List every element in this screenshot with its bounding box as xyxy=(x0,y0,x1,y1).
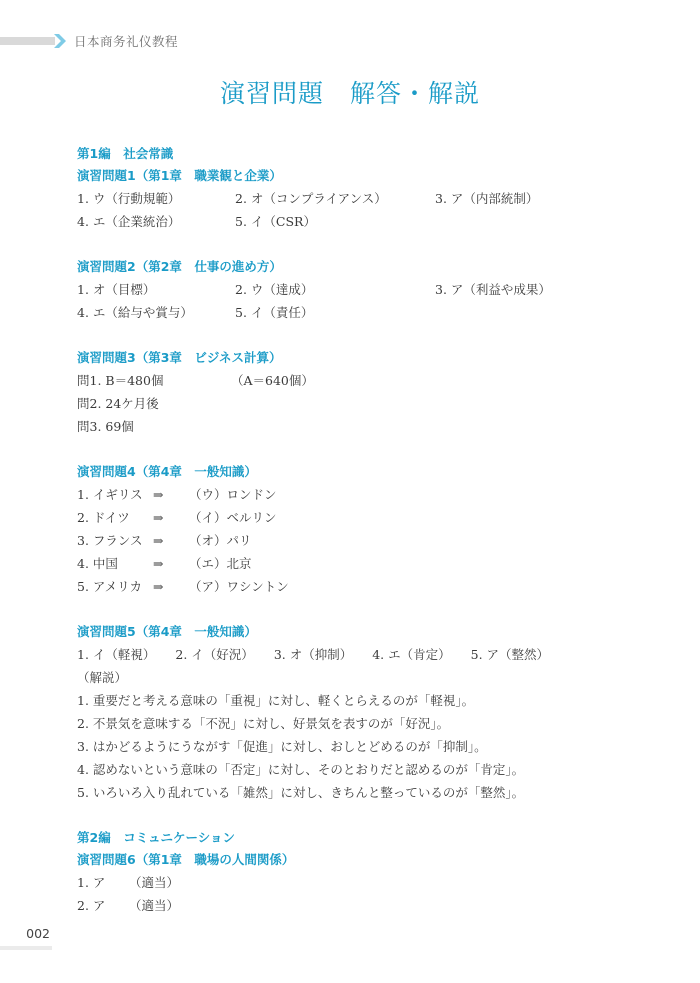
answer-row: 2. ドイツ ⇒ （イ）ベルリン xyxy=(77,506,637,529)
implies-arrow-icon: ⇒ xyxy=(153,552,189,575)
answer-main: 問3. 69個 xyxy=(77,415,231,438)
answer-row: 3. フランス ⇒ （オ）パリ xyxy=(77,529,637,552)
answer-item xyxy=(435,210,635,233)
explanation-line: 4. 認めないという意味の「否定」に対し、そのとおりだと認めるのが「肯定」。 xyxy=(77,758,637,781)
country-label: 2. ドイツ xyxy=(77,506,153,529)
footer-bar xyxy=(0,946,52,950)
answer-row: 4. エ（企業統治） 5. イ（CSR） xyxy=(77,210,637,233)
chevron-right-icon xyxy=(54,34,66,48)
spacer xyxy=(77,324,637,347)
answer-item xyxy=(435,301,635,324)
spacer xyxy=(77,804,637,827)
part-heading: 第2編 コミュニケーション xyxy=(77,827,637,849)
answer-row: 1. ウ（行動規範） 2. オ（コンプライアンス） 3. ア（内部統制） xyxy=(77,187,637,210)
answer-item: 3. ア（利益や成果） xyxy=(435,278,635,301)
exercise-heading: 演習問題4（第4章 一般知識） xyxy=(77,461,637,483)
answer-number: 2. ア xyxy=(77,894,129,917)
answer-item: 2. オ（コンプライアンス） xyxy=(235,187,435,210)
part-heading: 第1編 社会常識 xyxy=(77,143,637,165)
running-header: 日本商务礼仪教程 xyxy=(0,33,178,49)
country-label: 1. イギリス xyxy=(77,483,153,506)
answer-item: 4. エ（給与や賞与） xyxy=(77,301,235,324)
spacer xyxy=(77,598,637,621)
page-number: 002 xyxy=(0,925,52,943)
answer-item: 2. イ（好況） xyxy=(175,643,253,666)
capital-answer: （オ）パリ xyxy=(189,529,389,552)
capital-answer: （エ）北京 xyxy=(189,552,389,575)
answer-verdict: （適当） xyxy=(129,871,179,894)
answer-line: 問3. 69個 xyxy=(77,415,637,438)
answer-row: 2. ア （適当） xyxy=(77,894,637,917)
exercise-heading: 演習問題1（第1章 職業観と企業） xyxy=(77,165,637,187)
country-label: 5. アメリカ xyxy=(77,575,153,598)
country-label: 4. 中国 xyxy=(77,552,153,575)
exercise-heading: 演習問題5（第4章 一般知識） xyxy=(77,621,637,643)
book-title: 日本商务礼仪教程 xyxy=(74,32,178,50)
spacer xyxy=(77,438,637,461)
capital-answer: （イ）ベルリン xyxy=(189,506,389,529)
explanation-line: 2. 不景気を意味する「不況」に対し、好景気を表すのが「好況」。 xyxy=(77,712,637,735)
answer-row: 4. エ（給与や賞与） 5. イ（責任） xyxy=(77,301,637,324)
answer-item: 3. オ（抑制） xyxy=(274,643,352,666)
answer-item: 1. オ（目標） xyxy=(77,278,235,301)
answer-item: 4. エ（肯定） xyxy=(372,643,450,666)
answer-note: （A＝640個） xyxy=(231,369,314,392)
explanation-line: 1. 重要だと考える意味の「重視」に対し、軽くとらえるのが「軽視」。 xyxy=(77,689,637,712)
exercise-heading: 演習問題6（第1章 職場の人間関係） xyxy=(77,849,637,871)
answer-item: 5. イ（CSR） xyxy=(235,210,435,233)
implies-arrow-icon: ⇒ xyxy=(153,483,189,506)
answer-line: 問1. B＝480個 （A＝640個） xyxy=(77,369,637,392)
answer-row: 1. オ（目標） 2. ウ（達成） 3. ア（利益や成果） xyxy=(77,278,637,301)
implies-arrow-icon: ⇒ xyxy=(153,506,189,529)
answer-item: 3. ア（内部統制） xyxy=(435,187,635,210)
explanation-label: （解説） xyxy=(77,666,637,689)
implies-arrow-icon: ⇒ xyxy=(153,575,189,598)
exercise-heading: 演習問題2（第2章 仕事の進め方） xyxy=(77,256,637,278)
answer-item: 2. ウ（達成） xyxy=(235,278,435,301)
answer-row: 1. イギリス ⇒ （ウ）ロンドン xyxy=(77,483,637,506)
answer-item: 5. ア（整然） xyxy=(471,643,549,666)
implies-arrow-icon: ⇒ xyxy=(153,529,189,552)
explanation-line: 5. いろいろ入り乱れている「雑然」に対し、きちんと整っているのが「整然」。 xyxy=(77,781,637,804)
page-footer: 002 xyxy=(0,925,52,950)
answer-line: 問2. 24ケ月後 xyxy=(77,392,637,415)
answer-main: 問2. 24ケ月後 xyxy=(77,392,231,415)
answer-item: 1. イ（軽視） xyxy=(77,643,155,666)
explanation-line: 3. はかどるようにうながす「促進」に対し、おしとどめるのが「抑制」。 xyxy=(77,735,637,758)
page-title: 演習問題 解答・解説 xyxy=(0,74,700,110)
answer-row: 4. 中国 ⇒ （エ）北京 xyxy=(77,552,637,575)
answer-number: 1. ア xyxy=(77,871,129,894)
answer-content: 第1編 社会常識 演習問題1（第1章 職業観と企業） 1. ウ（行動規範） 2.… xyxy=(77,143,637,917)
answer-row: 1. イ（軽視） 2. イ（好況） 3. オ（抑制） 4. エ（肯定） 5. ア… xyxy=(77,643,637,666)
capital-answer: （ウ）ロンドン xyxy=(189,483,389,506)
exercise-heading: 演習問題3（第3章 ビジネス計算） xyxy=(77,347,637,369)
answer-item: 4. エ（企業統治） xyxy=(77,210,235,233)
spacer xyxy=(77,233,637,256)
answer-row: 1. ア （適当） xyxy=(77,871,637,894)
answer-item: 1. ウ（行動規範） xyxy=(77,187,235,210)
country-label: 3. フランス xyxy=(77,529,153,552)
answer-main: 問1. B＝480個 xyxy=(77,369,231,392)
header-bar xyxy=(0,37,55,45)
answer-verdict: （適当） xyxy=(129,894,179,917)
answer-row: 5. アメリカ ⇒ （ア）ワシントン xyxy=(77,575,637,598)
answer-item: 5. イ（責任） xyxy=(235,301,435,324)
capital-answer: （ア）ワシントン xyxy=(189,575,389,598)
